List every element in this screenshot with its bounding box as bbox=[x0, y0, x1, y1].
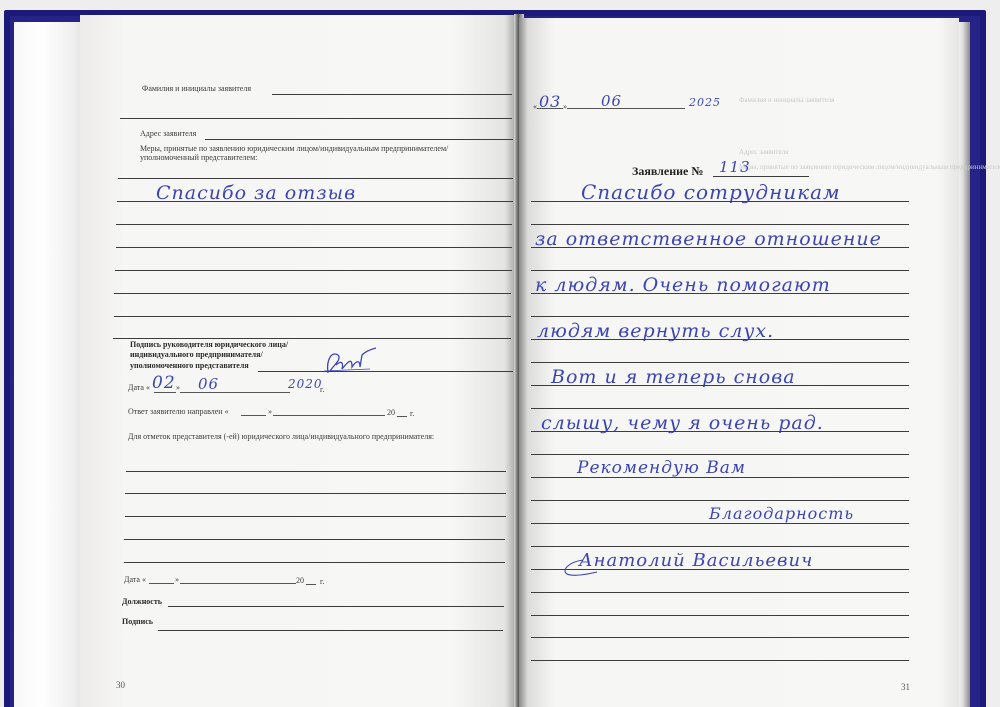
letter-rule-13 bbox=[531, 477, 909, 478]
letter-rule-15 bbox=[531, 523, 909, 524]
position-line bbox=[168, 606, 504, 607]
letter-rule-2 bbox=[531, 224, 909, 225]
date-month: 06 bbox=[198, 375, 219, 393]
applicant-name-line-2 bbox=[120, 118, 512, 119]
letter-rule-7 bbox=[531, 339, 909, 340]
right-date-close-quote: » bbox=[563, 102, 567, 111]
measures-label-2: уполномоченный представителем: bbox=[140, 153, 257, 162]
letter-rule-3 bbox=[531, 247, 909, 248]
letter-rule-9 bbox=[531, 385, 909, 386]
date-label: Дата « bbox=[128, 383, 150, 392]
page-stack-left bbox=[14, 22, 84, 707]
response-day-line bbox=[241, 415, 266, 416]
letter-rule-10 bbox=[531, 408, 909, 409]
applicant-address-line bbox=[205, 139, 513, 140]
bottom-date-month-line bbox=[180, 583, 296, 584]
measures-line-3 bbox=[116, 224, 512, 225]
letter-rule-1 bbox=[531, 201, 909, 202]
page-number-left: 30 bbox=[116, 680, 125, 690]
bleed-through-2: Адрес заявителя bbox=[739, 148, 788, 156]
letter-rule-16 bbox=[531, 546, 909, 547]
applicant-address-label: Адрес заявителя bbox=[140, 129, 196, 138]
letter-line-7: Рекомендую Вам bbox=[577, 458, 746, 478]
measures-line-8 bbox=[113, 338, 511, 339]
application-title: Заявление № bbox=[632, 164, 703, 179]
notes-line-3 bbox=[125, 516, 506, 517]
head-signature-label-2: индивидуального предпринимателя/ bbox=[130, 350, 263, 359]
letter-rule-5 bbox=[531, 293, 909, 294]
head-signature-label-3: уполномоченного представителя bbox=[130, 361, 249, 370]
measures-line-1 bbox=[118, 178, 513, 179]
date-year: 2020 bbox=[288, 377, 323, 391]
response-year-prefix: 20 bbox=[387, 408, 395, 417]
letter-rule-11 bbox=[531, 431, 909, 432]
letter-signature-flourish bbox=[559, 558, 599, 578]
bleed-through-1: Фамилия и инициалы заявителя bbox=[739, 96, 834, 104]
letter-rule-8 bbox=[531, 362, 909, 363]
letter-line-8: Благодарность bbox=[709, 504, 854, 523]
bottom-date-day-line bbox=[149, 583, 174, 584]
notes-line-4 bbox=[124, 539, 505, 540]
response-month-line bbox=[273, 415, 385, 416]
response-sent-label: Ответ заявителю направлен « bbox=[128, 407, 229, 416]
measures-line-7 bbox=[114, 316, 511, 317]
date-month-line bbox=[180, 392, 290, 393]
notes-line-5 bbox=[124, 562, 505, 563]
right-page: Фамилия и инициалы заявителя Адрес заяви… bbox=[519, 18, 959, 707]
right-date-day-line bbox=[537, 108, 563, 109]
measures-line-5 bbox=[115, 270, 512, 271]
bottom-date-year: 20 bbox=[296, 576, 304, 585]
head-signature-line bbox=[258, 371, 513, 372]
bleed-through-3: Меры, принятые по заявлению юридическим … bbox=[739, 163, 1000, 171]
date-year-suffix: г. bbox=[320, 385, 324, 394]
response-close-quote: » bbox=[268, 407, 272, 416]
right-date-open-quote: « bbox=[533, 102, 537, 111]
letter-rule-18 bbox=[531, 592, 909, 593]
bottom-date-close: » bbox=[175, 575, 179, 584]
letter-rule-14 bbox=[531, 500, 909, 501]
head-signature-label-1: Подпись руководителя юридического лица/ bbox=[130, 340, 288, 349]
right-date-month-line bbox=[567, 108, 685, 109]
measures-line-6 bbox=[114, 293, 511, 294]
bottom-signature-line bbox=[158, 630, 503, 631]
date-day-line bbox=[154, 392, 176, 393]
measures-line-2 bbox=[117, 201, 513, 202]
letter-rule-20 bbox=[531, 637, 909, 638]
application-number-line bbox=[713, 176, 809, 177]
date-day: 02 bbox=[152, 373, 176, 393]
page-number-right: 31 bbox=[901, 682, 910, 692]
letter-rule-4 bbox=[531, 270, 909, 271]
head-signature bbox=[322, 347, 378, 377]
bottom-date-suffix: г. bbox=[320, 577, 324, 586]
applicant-name-label: Фамилия и инициалы заявителя bbox=[142, 84, 251, 93]
measures-label-1: Меры, принятые по заявлению юридическим … bbox=[140, 144, 448, 153]
letter-rule-21 bbox=[531, 660, 909, 661]
response-year-line bbox=[397, 416, 407, 417]
letter-rule-6 bbox=[531, 316, 909, 317]
letter-signature-name: Анатолий Васильевич bbox=[579, 550, 813, 571]
letter-rule-19 bbox=[531, 615, 909, 616]
bottom-date-label: Дата « bbox=[124, 575, 146, 584]
position-label: Должность bbox=[122, 597, 162, 606]
notes-line-1 bbox=[126, 471, 506, 472]
bottom-date-year-line bbox=[306, 584, 316, 585]
letter-rule-17 bbox=[531, 569, 909, 570]
right-date-year: 2025 bbox=[689, 96, 721, 109]
response-year-suffix: г. bbox=[410, 409, 414, 418]
representative-notes-label: Для отметок представителя (-ей) юридичес… bbox=[128, 432, 434, 441]
measures-line-4 bbox=[116, 247, 512, 248]
applicant-name-line bbox=[272, 94, 512, 95]
left-page: Фамилия и инициалы заявителя Адрес заяви… bbox=[80, 15, 518, 707]
notes-line-2 bbox=[125, 493, 506, 494]
application-number: 113 bbox=[719, 158, 751, 176]
date-close-quote: » bbox=[176, 383, 180, 392]
bottom-signature-label: Подпись bbox=[122, 617, 153, 626]
letter-rule-12 bbox=[531, 454, 909, 455]
